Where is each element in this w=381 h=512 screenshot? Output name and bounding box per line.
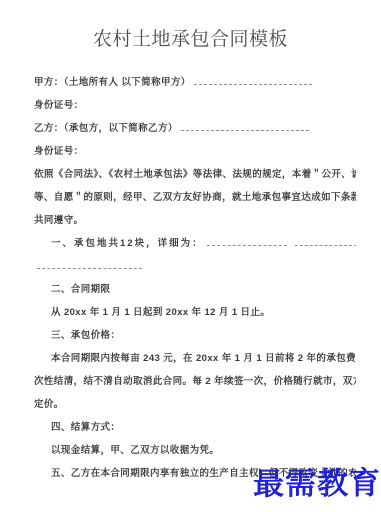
doc-line-text: 定价。 bbox=[34, 399, 64, 410]
doc-line-sec4-title: 四、结算方式： bbox=[34, 416, 356, 439]
document-body: 甲方：（土地所有人 以下简称甲方）身份证号：乙方：（承包方，以下简称乙方）身份证… bbox=[34, 71, 356, 512]
doc-line-text: 以现金结算，甲、乙双方以收据为凭。 bbox=[51, 445, 219, 456]
doc-line-sec3-title: 三、承包价格： bbox=[34, 324, 356, 347]
watermark-logo: 最需教育 bbox=[253, 457, 381, 503]
doc-line-text: 本合同期限内按每亩 243 元，在 20xx 年 1 月 1 日前将 2 年的承… bbox=[51, 353, 356, 364]
doc-line-text: 乙方：（承包方，以下简称乙方） bbox=[34, 123, 178, 134]
doc-line-sec2-title: 二、合同期限 bbox=[34, 278, 356, 301]
fill-in-blank-line bbox=[37, 257, 142, 269]
doc-line-text: 等、自愿＂的原则，经甲、乙双方友好协商，就土地承包事宜达成如下条款，以兹 bbox=[34, 192, 356, 203]
doc-line-party-b-id: 身份证号： bbox=[34, 140, 356, 163]
fill-in-blank-line bbox=[207, 234, 287, 246]
doc-line-preamble-1: 依照《合同法》、《农村土地承包法》等法律、法规的规定，本着＂公开、诚信、平 bbox=[34, 163, 356, 186]
fill-in-blank-line bbox=[181, 119, 309, 131]
doc-line-sec1-line: 一、承包地共12块，详细为： bbox=[34, 232, 356, 255]
fill-in-blank-line bbox=[194, 73, 312, 85]
doc-line-sec3-body-2: 次性结清，结不清自动取消此合同。每 2 年续签一次，价格随行就市，双方协商 bbox=[34, 370, 356, 393]
doc-line-party-a: 甲方：（土地所有人 以下简称甲方） bbox=[34, 71, 356, 94]
doc-line-text: 三、承包价格： bbox=[51, 330, 120, 341]
doc-line-sec2-body: 从 20xx 年 1 月 1 日起到 20xx 年 12 月 1 日止。 bbox=[34, 301, 356, 324]
doc-line-preamble-3: 共同遵守。 bbox=[34, 209, 356, 232]
doc-line-party-b: 乙方：（承包方，以下简称乙方） bbox=[34, 117, 356, 140]
doc-line-text: 身份证号： bbox=[34, 146, 84, 157]
doc-line-text: 二、合同期限 bbox=[51, 284, 110, 295]
doc-line-text: 次性结清，结不清自动取消此合同。每 2 年续签一次，价格随行就市，双方协商 bbox=[34, 376, 356, 387]
doc-line-text: 共同遵守。 bbox=[34, 215, 84, 226]
doc-line-sec1-blank bbox=[34, 255, 356, 278]
doc-line-text: 从 20xx 年 1 月 1 日起到 20xx 年 12 月 1 日止。 bbox=[51, 307, 270, 318]
contract-document-page: 农村土地承包合同模板 甲方：（土地所有人 以下简称甲方）身份证号：乙方：（承包方… bbox=[0, 0, 381, 512]
doc-line-text: 依照《合同法》、《农村土地承包法》等法律、法规的规定，本着＂公开、诚信、平 bbox=[34, 169, 356, 180]
document-title: 农村土地承包合同模板 bbox=[0, 24, 381, 51]
doc-line-party-a-id: 身份证号： bbox=[34, 94, 356, 117]
doc-line-text: 一、承包地共12块，详细为： bbox=[51, 238, 204, 249]
doc-line-text: 甲方：（土地所有人 以下简称甲方） bbox=[34, 77, 191, 88]
doc-line-sec3-body-3: 定价。 bbox=[34, 393, 356, 416]
fill-in-blank-line bbox=[295, 234, 356, 246]
doc-line-preamble-2: 等、自愿＂的原则，经甲、乙双方友好协商，就土地承包事宜达成如下条款，以兹 bbox=[34, 186, 356, 209]
doc-line-text: 四、结算方式： bbox=[51, 422, 120, 433]
doc-line-text: 身份证号： bbox=[34, 100, 84, 111]
doc-line-sec3-body-1: 本合同期限内按每亩 243 元，在 20xx 年 1 月 1 日前将 2 年的承… bbox=[34, 347, 356, 370]
